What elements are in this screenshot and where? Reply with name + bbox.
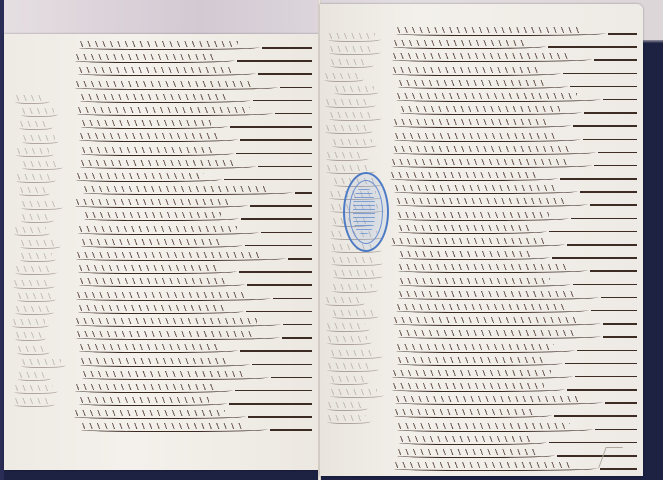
manuscript-line xyxy=(70,291,315,304)
right-handwritten-text xyxy=(390,26,635,474)
manuscript-line xyxy=(390,52,635,65)
manuscript-line xyxy=(390,277,635,290)
manuscript-line xyxy=(390,132,635,145)
manuscript-line xyxy=(390,303,635,316)
library-stamp: illegible xyxy=(343,172,389,252)
manuscript-line xyxy=(324,85,394,98)
manuscript-line xyxy=(324,375,394,388)
manuscript-line xyxy=(12,186,72,199)
manuscript-line xyxy=(70,317,315,330)
manuscript-line xyxy=(390,158,635,171)
manuscript-line xyxy=(70,383,315,396)
manuscript-line xyxy=(70,159,315,172)
manuscript-line xyxy=(12,107,72,120)
manuscript-line xyxy=(390,263,635,276)
manuscript-line xyxy=(70,343,315,356)
manuscript-line xyxy=(70,409,315,422)
left-page-fragment-5: de Matz Item xyxy=(4,34,5,35)
manuscript-line xyxy=(70,93,315,106)
manuscript-line xyxy=(390,39,635,52)
manuscript-line xyxy=(70,119,315,132)
manuscript-line xyxy=(70,66,315,79)
manuscript-line xyxy=(324,58,394,71)
manuscript-line xyxy=(390,171,635,184)
manuscript-line xyxy=(12,384,72,397)
manuscript-line xyxy=(324,322,394,335)
left-page-fragment-2: Item xyxy=(4,34,5,35)
manuscript-line xyxy=(324,124,394,137)
left-manuscript-page: Jaques Mengot de Matz Item Jaques Mengot… xyxy=(4,34,320,470)
manuscript-line xyxy=(70,106,315,119)
manuscript-line xyxy=(12,213,72,226)
manuscript-line xyxy=(390,79,635,92)
right-page-fragment-3: Item xyxy=(320,4,321,5)
manuscript-line xyxy=(324,256,394,269)
manuscript-line xyxy=(12,371,72,384)
manuscript-line xyxy=(390,224,635,237)
manuscript-line xyxy=(324,72,394,85)
manuscript-line xyxy=(12,358,72,371)
manuscript-line xyxy=(12,173,72,186)
manuscript-line xyxy=(12,94,72,107)
manuscript-line xyxy=(390,26,635,39)
manuscript-line xyxy=(324,388,394,401)
manuscript-line xyxy=(70,264,315,277)
manuscript-line xyxy=(70,198,315,211)
manuscript-line xyxy=(390,105,635,118)
manuscript-line xyxy=(390,290,635,303)
manuscript-line xyxy=(70,304,315,317)
manuscript-line xyxy=(12,292,72,305)
manuscript-line xyxy=(70,185,315,198)
right-page-fragment-6: Jaques Mengot xyxy=(320,4,321,5)
right-page-fragment-2: Item xyxy=(320,4,321,5)
manuscript-line xyxy=(324,414,394,427)
stamp-text xyxy=(353,188,375,234)
manuscript-line xyxy=(324,309,394,322)
left-page-fragment-4: Item xyxy=(4,34,5,35)
manuscript-line xyxy=(12,345,72,358)
manuscript-line xyxy=(70,357,315,370)
left-page-fragment-3: Jaques Mengot de Matz xyxy=(4,34,5,35)
right-page-fragment-4: Jaques Mengot de Matz xyxy=(320,4,321,5)
manuscript-line xyxy=(70,53,315,66)
manuscript-line xyxy=(390,66,635,79)
manuscript-line xyxy=(390,356,635,369)
manuscript-line xyxy=(70,370,315,383)
manuscript-line xyxy=(70,80,315,93)
manuscript-line xyxy=(324,349,394,362)
manuscript-line xyxy=(390,118,635,131)
manuscript-line xyxy=(324,98,394,111)
manuscript-line xyxy=(390,184,635,197)
manuscript-line xyxy=(390,422,635,435)
manuscript-line xyxy=(390,329,635,342)
manuscript-line xyxy=(12,305,72,318)
manuscript-line xyxy=(12,252,72,265)
manuscript-line xyxy=(324,296,394,309)
manuscript-line xyxy=(12,160,72,173)
manuscript-line xyxy=(324,138,394,151)
manuscript-line xyxy=(390,316,635,329)
manuscript-line xyxy=(70,238,315,251)
manuscript-line xyxy=(70,40,315,53)
manuscript-line xyxy=(390,382,635,395)
manuscript-line xyxy=(70,132,315,145)
manuscript-line xyxy=(70,225,315,238)
manuscript-line xyxy=(390,211,635,224)
manuscript-line xyxy=(12,318,72,331)
manuscript-line xyxy=(324,111,394,124)
manuscript-line xyxy=(70,330,315,343)
left-margin-notes xyxy=(12,94,72,411)
manuscript-line xyxy=(390,145,635,158)
manuscript-line xyxy=(70,211,315,224)
manuscript-line xyxy=(324,362,394,375)
manuscript-line xyxy=(324,269,394,282)
manuscript-line xyxy=(324,45,394,58)
manuscript-line xyxy=(12,226,72,239)
manuscript-line xyxy=(70,172,315,185)
manuscript-line xyxy=(12,265,72,278)
manuscript-line xyxy=(324,335,394,348)
manuscript-line xyxy=(70,277,315,290)
manuscript-line xyxy=(324,401,394,414)
manuscript-line xyxy=(324,151,394,164)
manuscript-line xyxy=(70,146,315,159)
left-handwritten-text xyxy=(70,40,315,436)
manuscript-line xyxy=(12,279,72,292)
manuscript-line xyxy=(12,200,72,213)
manuscript-line xyxy=(70,422,315,435)
manuscript-line xyxy=(324,32,394,45)
manuscript-line xyxy=(390,435,635,448)
manuscript-line xyxy=(390,92,635,105)
left-page-fragment-1: Jaques Mengot de Matz xyxy=(4,34,5,35)
manuscript-line xyxy=(12,147,72,160)
manuscript-line xyxy=(390,408,635,421)
manuscript-line xyxy=(12,397,72,410)
manuscript-line xyxy=(12,120,72,133)
manuscript-line xyxy=(390,448,635,461)
right-page-fragment-5: Item xyxy=(320,4,321,5)
manuscript-line xyxy=(390,237,635,250)
manuscript-line xyxy=(70,396,315,409)
manuscript-line xyxy=(12,331,72,344)
right-page-fragment-1: Jaques Mengot xyxy=(320,4,321,5)
manuscript-line xyxy=(12,239,72,252)
manuscript-line xyxy=(12,134,72,147)
manuscript-line xyxy=(390,343,635,356)
manuscript-line xyxy=(324,283,394,296)
manuscript-line xyxy=(390,369,635,382)
manuscript-line xyxy=(390,197,635,210)
manuscript-line xyxy=(390,250,635,263)
manuscript-line xyxy=(70,251,315,264)
manuscript-line xyxy=(390,395,635,408)
